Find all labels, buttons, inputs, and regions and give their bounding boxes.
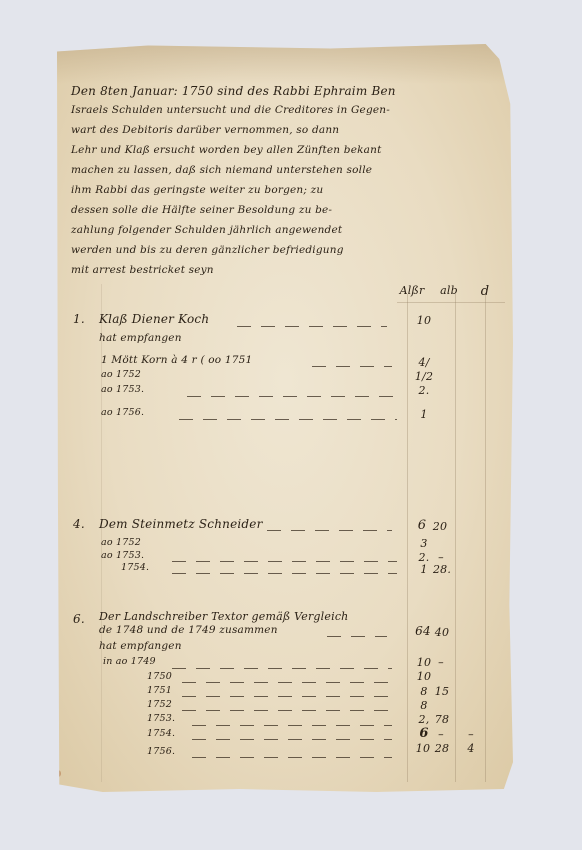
manuscript-page: Den 8ten Januar: 1750 sind des Rabbi Eph… — [57, 44, 513, 792]
leader-line — [327, 636, 387, 637]
section-title: Klaß Diener Koch — [99, 312, 209, 326]
column-rule — [455, 294, 456, 782]
leader-line — [312, 366, 392, 367]
row-value: 8 — [409, 699, 439, 712]
section-title-line2: de 1748 und de 1749 zusammen — [99, 624, 278, 636]
para-line: werden und bis zu deren gänzlicher befri… — [71, 244, 344, 256]
row-label: 1754. — [121, 562, 149, 573]
section-subtitle: hat empfangen — [99, 640, 182, 652]
ink-stain — [55, 770, 61, 777]
col-header-albus: alb — [435, 284, 463, 297]
row-value: 3 — [409, 537, 439, 550]
row-label: ao 1753. — [101, 550, 144, 561]
row-label: 1754. — [147, 728, 175, 739]
row-label: ao 1756. — [101, 407, 144, 418]
leader-line — [172, 573, 397, 574]
leader-line — [192, 725, 392, 726]
leader-line — [267, 530, 392, 531]
para-line: mit arrest bestricket seyn — [71, 264, 214, 276]
section-title: Dem Steinmetz Schneider — [99, 517, 263, 531]
row-value: 28. — [429, 563, 455, 576]
row-value: 1 — [409, 408, 439, 421]
row-value: – — [429, 656, 453, 669]
leader-line — [182, 710, 392, 711]
row-label: 1753. — [147, 713, 175, 724]
row-value: – — [429, 728, 453, 741]
row-value: 78 — [429, 713, 455, 726]
amount-taler: 10 — [407, 314, 441, 327]
column-rule — [407, 294, 408, 782]
para-line: machen zu lassen, daß sich niemand unter… — [71, 164, 372, 176]
para-line: wart des Debitoris darüber vernommen, so… — [71, 124, 339, 136]
leader-line — [179, 419, 397, 420]
ink-stain — [369, 822, 378, 831]
para-line: zahlung folgender Schulden jährlich ange… — [71, 224, 342, 236]
row-label: 1752 — [147, 699, 172, 710]
leader-line — [187, 396, 397, 397]
leader-line — [182, 682, 392, 683]
leader-line — [192, 757, 392, 758]
row-label: 1756. — [147, 746, 175, 757]
col-header-taler: Alßr — [395, 284, 429, 297]
leader-line — [172, 668, 392, 669]
row-value: 1/2 — [409, 370, 439, 383]
col-header-denar: d — [475, 284, 495, 299]
leader-line — [237, 326, 387, 327]
row-value: 4 — [459, 742, 483, 755]
row-value: 28 — [429, 742, 455, 755]
row-label: ao 1752 — [101, 537, 141, 548]
leader-line — [182, 696, 392, 697]
row-label: ao 1753. — [101, 384, 144, 395]
para-line: ihm Rabbi das geringste weiter zu borgen… — [71, 184, 323, 196]
row-label: 1751 — [147, 685, 172, 696]
header-rule — [397, 302, 505, 303]
section-number: 4. — [73, 517, 85, 531]
row-value: – — [459, 728, 483, 741]
row-label: ao 1752 — [101, 369, 141, 380]
para-line: dessen solle die Hälfte seiner Besoldung… — [71, 204, 332, 216]
row-value: 10 — [409, 670, 439, 683]
section-number: 6. — [73, 612, 85, 626]
section-title: Der Landschreiber Textor gemäß Vergleich — [99, 610, 348, 623]
amount-albus: 40 — [429, 626, 455, 639]
row-label: 1750 — [147, 671, 172, 682]
leader-line — [192, 739, 392, 740]
section-number: 1. — [73, 312, 85, 326]
para-line: Den 8ten Januar: 1750 sind des Rabbi Eph… — [71, 84, 396, 98]
para-line: Lehr und Klaß ersucht worden bey allen Z… — [71, 144, 382, 156]
row-value: 2. — [409, 384, 439, 397]
row-label: in ao 1749 — [103, 656, 156, 667]
row-label: 1 Mött Korn à 4 r ( oo 1751 — [101, 354, 252, 366]
row-value: 4/ — [409, 356, 439, 369]
para-line: Israels Schulden untersucht und die Cred… — [71, 104, 390, 116]
row-value: 15 — [429, 685, 455, 698]
column-rule — [485, 294, 486, 782]
leader-line — [172, 561, 397, 562]
section-subtitle: hat empfangen — [99, 332, 182, 344]
amount-albus: 20 — [427, 520, 453, 533]
